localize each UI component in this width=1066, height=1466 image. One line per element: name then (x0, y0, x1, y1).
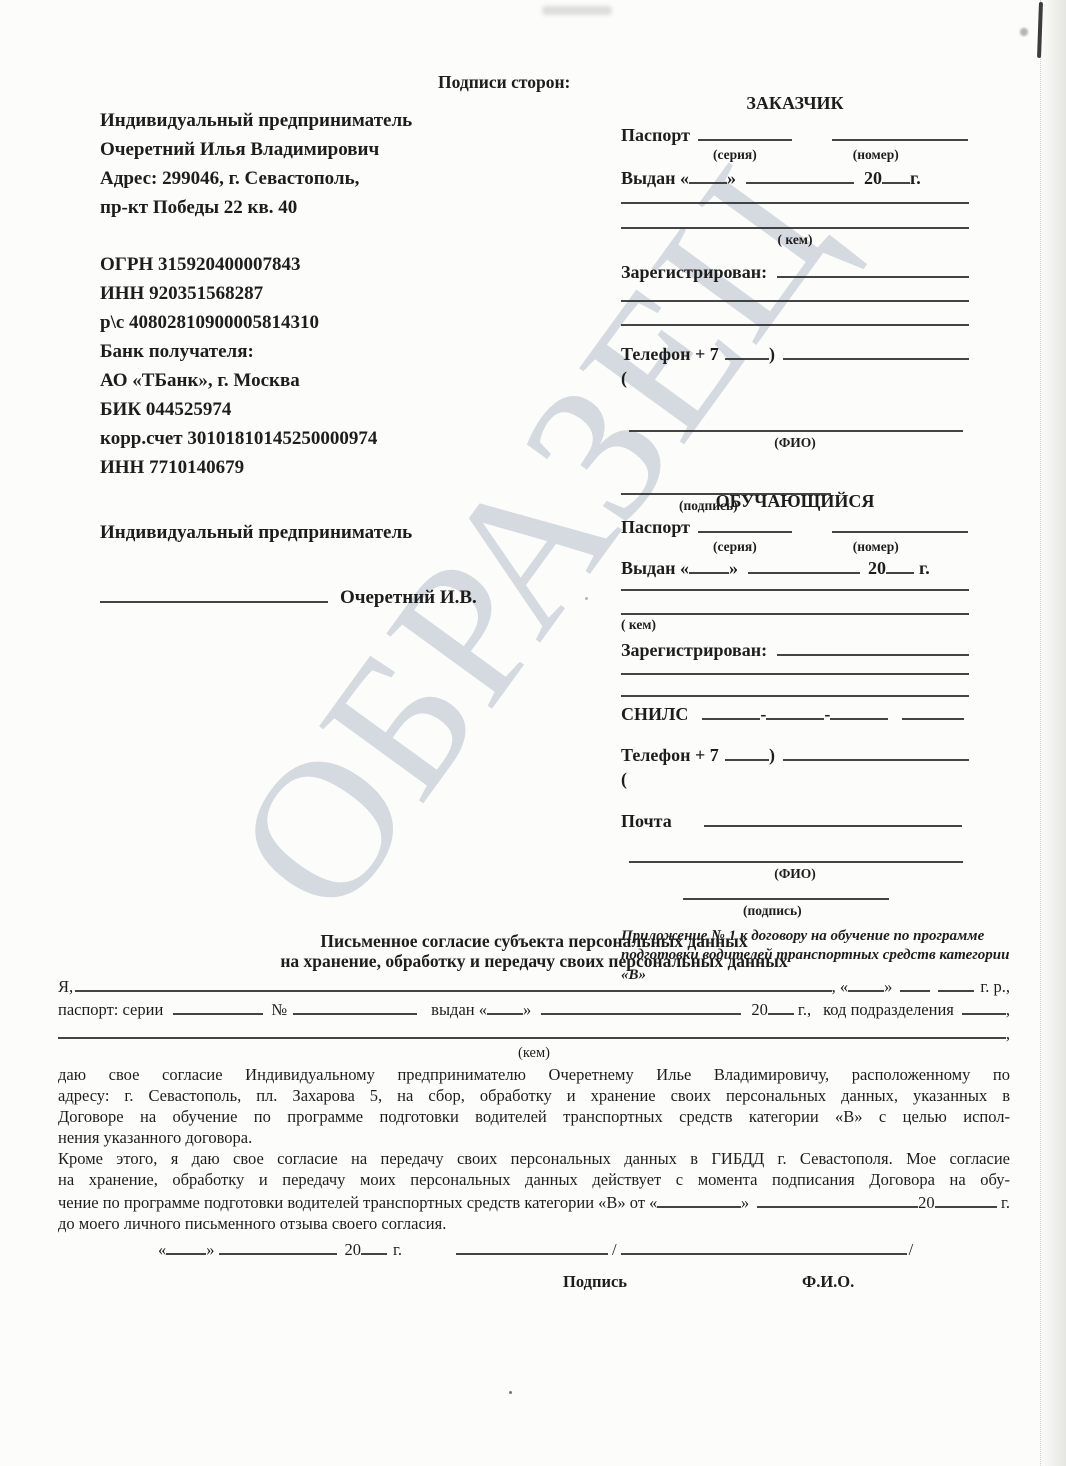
consent-title-line2: на хранение, обработку и передачу своих … (58, 951, 1010, 971)
contractor-signature-name: Очеретний И.В. (340, 583, 477, 612)
quote-close: » (206, 1239, 214, 1260)
customer-title: ЗАКАЗЧИК (621, 92, 969, 114)
scan-speck (509, 1391, 512, 1394)
student-snils-blank (702, 701, 760, 720)
quote-close: » (884, 975, 892, 998)
contractor-signature-role: Индивидуальный предприниматель (100, 518, 590, 547)
nomer-caption: (номер) (853, 539, 899, 555)
scanned-document-page: ОБРАЗЕЦ Подписи сторон: Индивидуальный п… (0, 0, 1066, 1466)
student-issuer-line (621, 589, 969, 591)
student-snils-control-blank (902, 701, 964, 720)
open-quote: « (158, 1239, 166, 1260)
slash: / (909, 1239, 914, 1260)
fio-label: Ф.И.О. (802, 1272, 854, 1292)
consent-sign-year-blank (361, 1238, 387, 1256)
customer-phone-number-blank (783, 341, 969, 360)
g-label: г. (393, 1239, 402, 1260)
customer-registered-row: Зарегистрирован: (621, 259, 969, 284)
consent-passport-series-blank (173, 998, 263, 1016)
fio-caption: (ФИО) (621, 866, 969, 882)
consent-passport-number-blank (293, 998, 417, 1016)
registered-label: Зарегистрирован: (621, 638, 767, 662)
phone-label: Телефон + 7 ( (621, 342, 725, 390)
consent-birth-year-blank (938, 974, 974, 992)
student-issued-day-blank (689, 555, 729, 574)
consent-unit-code-blank (962, 998, 1006, 1016)
consent-text-line: Кроме этого, я даю свое согласие на пере… (58, 1148, 1010, 1169)
customer-issued-year-blank (882, 165, 910, 184)
student-issued-month-blank (748, 555, 860, 574)
contractor-intro-line: Адрес: 299046, г. Севастополь, (100, 164, 570, 193)
customer-issued-day-blank (689, 165, 727, 184)
consent-birth-month-blank (900, 974, 930, 992)
student-passport-number-blank (832, 514, 968, 533)
passport-series-label: паспорт: серии (58, 998, 163, 1021)
customer-issuer-line (621, 202, 969, 204)
passport-label: Паспорт (621, 123, 690, 147)
student-snils-row: СНИЛС - - (621, 701, 969, 726)
contractor-intro-line: Индивидуальный предприниматель (100, 106, 570, 135)
quote-close: » (741, 1192, 749, 1213)
student-phone-number-blank (783, 742, 969, 761)
kem-caption: ( кем) (621, 232, 969, 248)
student-mail-blank (704, 807, 962, 826)
comma-open-quote: , « (832, 975, 849, 998)
passport-label: Паспорт (621, 515, 690, 539)
consent-fullname-blank (75, 974, 831, 992)
student-phone-row: Телефон + 7 ( ) (621, 742, 969, 791)
quote-close: » (727, 166, 736, 190)
snils-label: СНИЛС (621, 702, 688, 726)
year-20: 20 (345, 1239, 362, 1260)
consent-text-line: на хранение, обработку и передачу моих п… (58, 1169, 1010, 1190)
slash: / (612, 1239, 617, 1260)
phone-label: Телефон + 7 ( (621, 743, 725, 791)
student-phone-code-blank (725, 742, 769, 761)
comma: , (1006, 998, 1010, 1021)
contractor-inn: ИНН 920351568287 (100, 279, 570, 308)
g-label: г. (1001, 1192, 1010, 1213)
student-sign-line (683, 898, 889, 900)
student-registered-row: Зарегистрирован: (621, 637, 969, 662)
consent-contract-date-line: чение по программе подготовки водителей … (58, 1190, 1010, 1213)
num-sign: № (271, 998, 287, 1021)
customer-fio-line (629, 430, 963, 432)
consent-section: Письменное согласие субъекта персональны… (58, 931, 1010, 1292)
consent-name-row: Я, , « » г. р., (58, 974, 1010, 998)
contractor-requisites: ОГРН 315920400007843 ИНН 920351568287 р\… (100, 250, 570, 482)
student-mail-row: Почта (621, 807, 969, 832)
code-label: код подразделения (823, 998, 954, 1021)
scan-corner-dot (1020, 28, 1028, 36)
year-20: 20 (751, 998, 768, 1021)
consent-sign-day-blank (166, 1238, 206, 1256)
contractor-bank-label: Банк получателя: (100, 337, 570, 366)
consent-contract-month-blank (757, 1190, 918, 1208)
paren-close: ) (769, 342, 775, 366)
vydan-label: Выдан « (621, 166, 689, 190)
consent-issued-day-blank (487, 998, 523, 1016)
contractor-signature-blank (100, 583, 328, 603)
consent-contract-year-blank (935, 1190, 997, 1208)
consent-text-line: адресу: г. Севастополь, пл. Захарова 5, … (58, 1085, 1010, 1106)
consent-text-line: до моего личного письменного отзыва свое… (58, 1213, 1010, 1234)
student-issued-row: Выдан « » 20 г. (621, 555, 969, 580)
quote-close: » (729, 556, 738, 580)
contractor-bank-name: АО «ТБанк», г. Москва (100, 366, 570, 395)
student-fio-line (629, 861, 963, 863)
contractor-intro-line: Очеретний Илья Владимирович (100, 135, 570, 164)
contractor-account: р\с 40802810900005814310 (100, 308, 570, 337)
consent-fio-blank (621, 1238, 907, 1256)
contractor-signature-row: Очеретний И.В. (100, 583, 590, 612)
contractor-ogrn: ОГРН 315920400007843 (100, 250, 570, 279)
consent-signature-date-row: « » 20 г. / / (58, 1238, 1010, 1261)
customer-passport-number-blank (832, 122, 968, 141)
consent-issuer-row: , (58, 1021, 1010, 1045)
podpis-caption: (подпись) (743, 903, 969, 919)
customer-passport-series-blank (698, 122, 792, 141)
student-passport-series-blank (698, 514, 792, 533)
student-issued-year-blank (886, 555, 914, 574)
customer-registered-blank (777, 259, 969, 278)
gr-suffix: г. р., (980, 975, 1010, 998)
scan-smudge (542, 6, 612, 15)
consent-issued-year-blank (768, 998, 794, 1016)
consent-paragraph-1: даю свое согласие Индивидуальному предпр… (58, 1064, 1010, 1148)
customer-issued-month-blank (746, 165, 854, 184)
customer-block: ЗАКАЗЧИК Паспорт (серия) (номер) Выдан «… (621, 92, 969, 514)
scan-edge-shadow (1040, 0, 1066, 1466)
podpis-label: Подпись (563, 1272, 627, 1292)
contractor-bank-inn: ИНН 7710140679 (100, 453, 570, 482)
customer-passport-captions: (серия) (номер) (621, 147, 969, 163)
consent-contract-day-blank (657, 1190, 740, 1208)
consent-issuer-blank (58, 1021, 1006, 1039)
customer-phone-row: Телефон + 7 ( ) (621, 341, 969, 390)
fio-caption: (ФИО) (621, 435, 969, 451)
customer-issuer-line (621, 227, 969, 229)
consent-issued-month-blank (541, 998, 741, 1016)
consent-text-line: чение по программе подготовки водителей … (58, 1192, 657, 1213)
student-title: ОБУЧАЮЩИЙСЯ (621, 490, 969, 512)
customer-registered-line (621, 300, 969, 302)
student-registered-blank (777, 637, 969, 656)
signatures-heading: Подписи сторон: (438, 72, 570, 93)
nomer-caption: (номер) (853, 147, 899, 163)
paren-close: ) (769, 743, 775, 767)
student-passport-row: Паспорт (621, 514, 969, 539)
student-issuer-line (621, 613, 969, 615)
contractor-corr-account: корр.счет 30101810145250000974 (100, 424, 570, 453)
consent-title-line1: Письменное согласие субъекта персональны… (58, 931, 1010, 951)
quote-close: » (523, 998, 531, 1021)
contractor-bik: БИК 044525974 (100, 395, 570, 424)
contractor-signature-block: Индивидуальный предприниматель Очеретний… (100, 518, 590, 612)
student-registered-line (621, 695, 969, 697)
consent-captions-row: Подпись Ф.И.О. (58, 1272, 1010, 1292)
scan-fold-line (1040, 0, 1041, 1466)
seriya-caption: (серия) (713, 147, 757, 163)
year-20: 20 (864, 166, 882, 190)
student-snils-blank (830, 701, 888, 720)
contractor-block: Индивидуальный предприниматель Очеретний… (100, 106, 570, 482)
year-20: 20 (868, 556, 886, 580)
comma: , (1006, 1022, 1010, 1045)
g-label: г. (919, 556, 930, 580)
student-passport-captions: (серия) (номер) (621, 539, 969, 555)
consent-text-line: даю свое согласие Индивидуальному предпр… (58, 1064, 1010, 1085)
customer-phone-code-blank (725, 341, 769, 360)
consent-text-line: нения указанного договора. (58, 1127, 1010, 1148)
consent-sign-month-blank (219, 1238, 337, 1256)
consent-passport-row: паспорт: серии № выдан « » 20 г., код по… (58, 998, 1010, 1022)
consent-paragraph-2: Кроме этого, я даю свое согласие на пере… (58, 1148, 1010, 1234)
customer-registered-line (621, 324, 969, 326)
g-comma: г., (798, 998, 811, 1021)
year-20: 20 (918, 1192, 935, 1213)
student-registered-line (621, 673, 969, 675)
registered-label: Зарегистрирован: (621, 260, 767, 284)
kem-caption: (кем) (58, 1045, 1010, 1061)
vydan-lc-label: выдан « (431, 998, 487, 1021)
contractor-intro-line: пр-кт Победы 22 кв. 40 (100, 193, 570, 222)
g-label: г. (910, 166, 921, 190)
seriya-caption: (серия) (713, 539, 757, 555)
consent-birth-day-blank (848, 974, 884, 992)
consent-text-line: Договоре на обучение по программе подгот… (58, 1106, 1010, 1127)
consent-signature-blank (456, 1238, 608, 1256)
customer-issued-row: Выдан « » 20 г. (621, 165, 969, 190)
scan-speck (585, 597, 588, 600)
student-block: ОБУЧАЮЩИЙСЯ Паспорт (серия) (номер) Выда… (621, 490, 969, 985)
mail-label: Почта (621, 809, 672, 833)
kem-caption: ( кем) (621, 617, 969, 633)
ya-label: Я, (58, 975, 73, 998)
student-snils-blank (766, 701, 824, 720)
customer-passport-row: Паспорт (621, 122, 969, 147)
vydan-label: Выдан « (621, 556, 689, 580)
